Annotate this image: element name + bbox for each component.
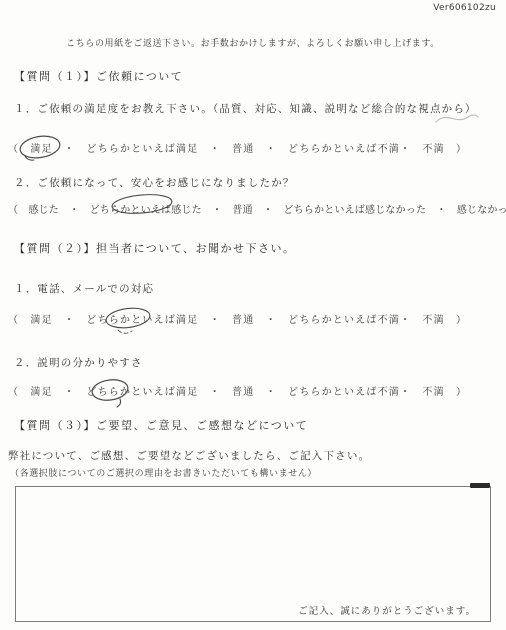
question1-section-title: 【質問（１）】ご依頼について [14,68,183,84]
pen-stroke-stray-mark [436,115,478,122]
question3-intro: 弊社について、ご感想、ご要望などございましたら、ご記入下さい。 [8,448,370,463]
question2-item1-label: １．電話、メールでの対応 [14,281,154,296]
question2-item2-options: （ 満足 ・ どちらかといえば満足 ・ 普通 ・ どちらかといえば不満・ 不満 … [8,383,467,398]
question1-item2-label: ２．ご依頼になって、安心をお感じになりましたか？ [14,175,295,190]
return-instruction-note: こちらの用紙をご返送下さい。お手数おかけしますが、よろしくお願い申し上げます。 [0,36,506,49]
version-code: Ver606102zu [433,3,496,13]
thanks-note: ご記入、誠にありがとうございます。 [298,603,476,617]
question1-item1-label: １．ご依頼の満足度をお教え下さい。（品質、対応、知識、説明など総合的な視点から） [14,101,477,116]
question3-note: （各選択肢についてのご選択の理由をお書きいただいても構いません） [10,466,317,479]
question3-section-title: 【質問（３）】ご要望、ご意見、ご感想などについて [14,417,308,433]
comment-box [15,486,491,622]
question1-item1-options: （ 満足 ・ どちらかといえば満足 ・ 普通 ・ どちらかといえば不満・ 不満 … [8,140,467,155]
question1-item2-options: （ 感じた ・ どちらかといえば感じた ・ 普通 ・ どちらかといえば感じなかっ… [8,201,506,216]
question2-section-title: 【質問（２）】担当者について、お聞かせ下さい。 [14,240,296,256]
question2-item2-label: ２．説明の分かりやすさ [14,355,143,370]
scan-artifact-corner-mark [470,483,490,488]
question2-item1-options: （ 満足 ・ どちらかといえば満足 ・ 普通 ・ どちらかといえば不満・ 不満 … [8,311,467,326]
scanned-questionnaire-form: Ver606102zu こちらの用紙をご返送下さい。お手数おかけしますが、よろし… [0,0,506,630]
